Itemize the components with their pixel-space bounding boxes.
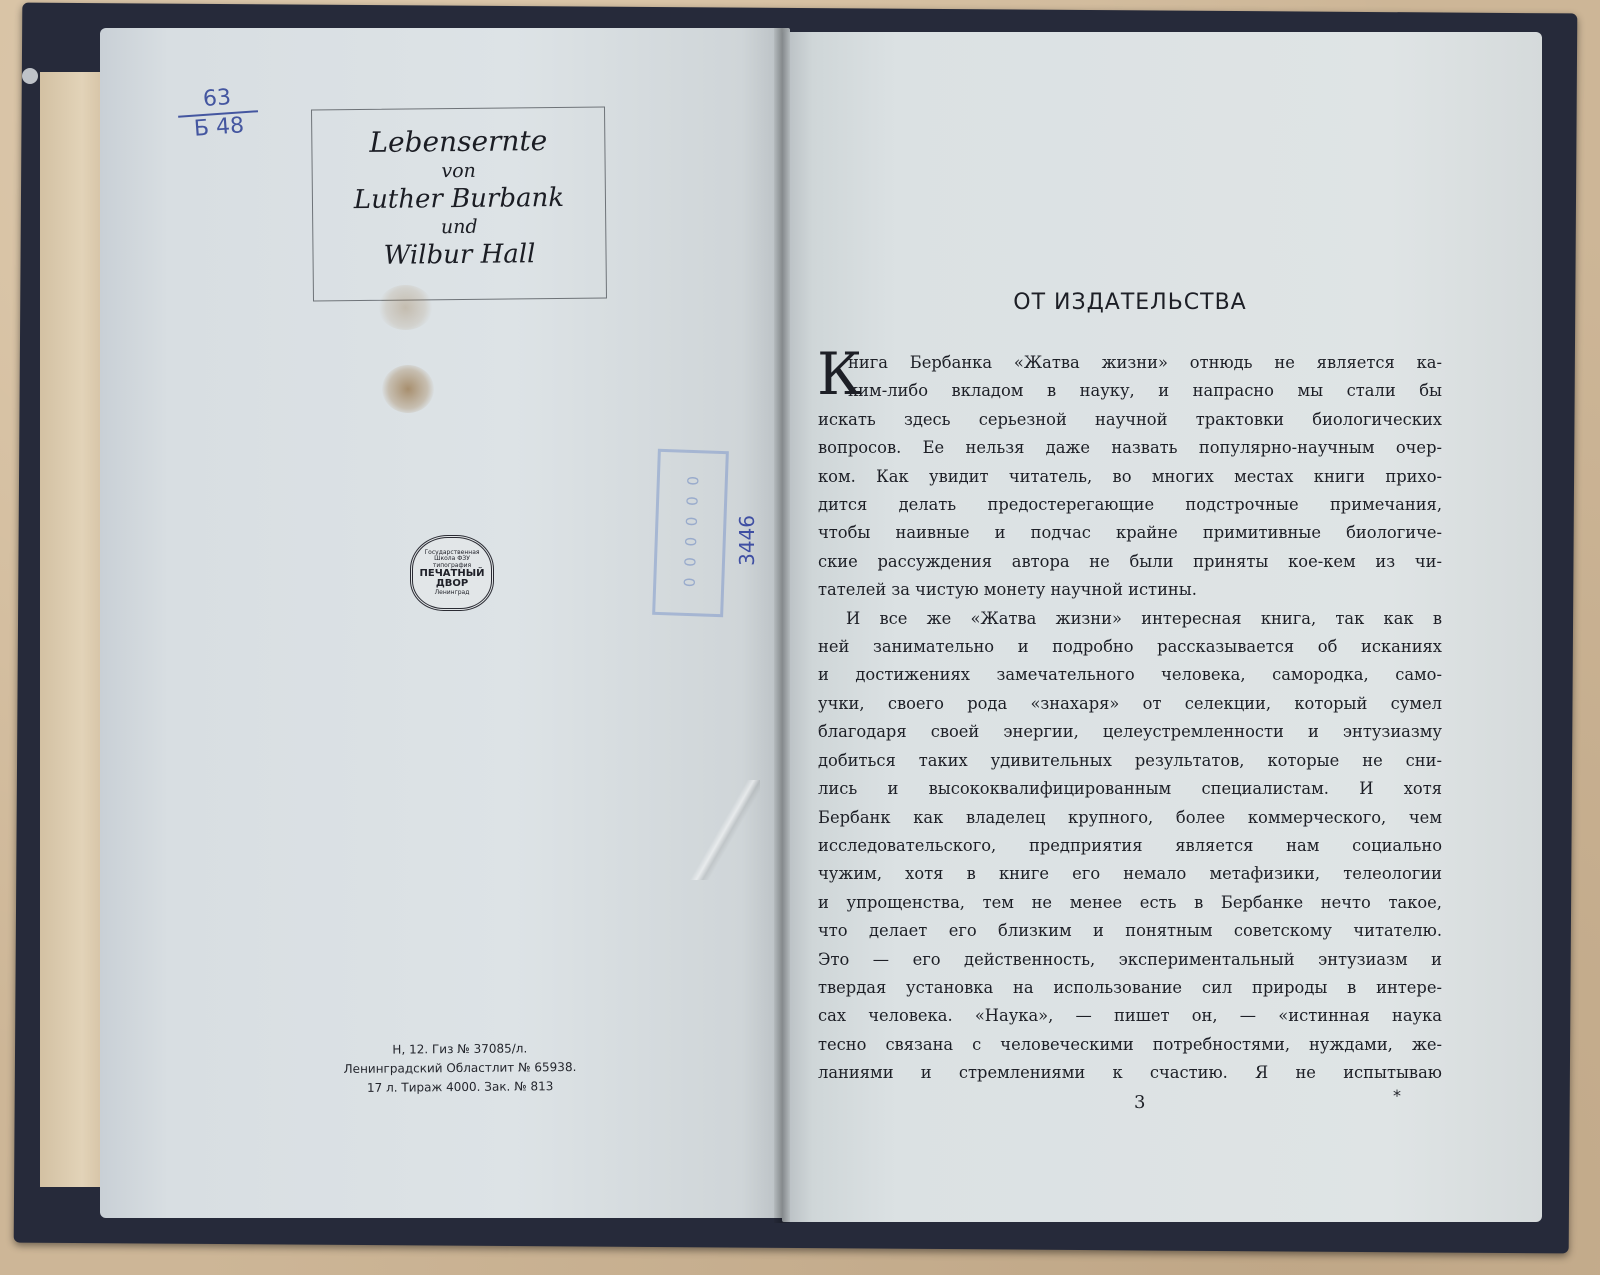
text-line: и достижениях замечательного человека, с… <box>818 661 1442 689</box>
original-title-box: Lebensernte von Luther Burbank und Wilbu… <box>311 106 607 301</box>
cover-corner-metal <box>22 68 38 84</box>
text-line: что делает его близким и понятным советс… <box>818 917 1442 945</box>
text-line: благодаря своей энергии, целеустремленно… <box>818 718 1442 746</box>
text-line: нига Бербанка «Жатва жизни» отнюдь не яв… <box>848 349 1442 377</box>
text-line: И все же «Жатва жизни» интересная книга,… <box>818 605 1442 633</box>
shelf-mark-bottom: Б 48 <box>193 113 245 141</box>
text-line: ней занимательно и подробно рассказывает… <box>818 633 1442 661</box>
imprint-line: 17 л. Тираж 4000. Зак. № 813 <box>335 1077 585 1098</box>
paper-stain <box>378 285 433 330</box>
text-line: ком. Как увидит читатель, во многих мест… <box>818 463 1442 491</box>
imprint-block: Н, 12. Гиз № 37085/л. Ленинградский Обла… <box>335 1039 585 1098</box>
imprint-line: Ленинградский Областлит № 65938. <box>335 1058 585 1079</box>
text-line: твердая установка на использование сил п… <box>818 974 1442 1002</box>
page-number: 3 <box>1134 1092 1145 1113</box>
chapter-heading: ОТ ИЗДАТЕЛЬСТВА <box>990 290 1270 315</box>
text-line: сах человека. «Наука», — пишет он, — «ис… <box>818 1002 1442 1030</box>
text-line: дится делать предостерегающие подстрочны… <box>818 491 1442 519</box>
imprint-line: Н, 12. Гиз № 37085/л. <box>335 1039 585 1060</box>
text-line: чужим, хотя в книге его немало метафизик… <box>818 860 1442 888</box>
text-line: вопросов. Ее нельзя даже назвать популяр… <box>818 434 1442 462</box>
text-line: добиться таких удивительных результатов,… <box>818 747 1442 775</box>
text-line: ланиями и стремлениями к счастию. Я не и… <box>818 1059 1442 1087</box>
paper-crease <box>690 780 760 880</box>
shelf-mark-top: 63 <box>176 83 258 118</box>
text-line: ские рассуждения автора не были приняты … <box>818 548 1442 576</box>
title-and: und <box>313 214 605 239</box>
text-line: лись и высококвалифицированным специалис… <box>818 775 1442 803</box>
text-line: Бербанк как владелец крупного, более ком… <box>818 804 1442 832</box>
text-line: Это — его действенность, экспериментальн… <box>818 946 1442 974</box>
text-line: исследовательского, предприятия является… <box>818 832 1442 860</box>
signature-asterisk: * <box>1393 1086 1401 1105</box>
title-by: von <box>313 158 605 183</box>
paper-stain <box>382 365 434 413</box>
text-line: тесно связана с человеческими потребност… <box>818 1031 1442 1059</box>
text-line: чтобы наивные и подчас крайне примитивны… <box>818 519 1442 547</box>
text-line: и упрощенства, тем не менее есть в Берба… <box>818 889 1442 917</box>
text-line: искать здесь серьезной научной трактовки… <box>818 406 1442 434</box>
book-gutter <box>774 28 790 1223</box>
original-title: Lebensernte <box>312 123 604 159</box>
text-line: ким-либо вкладом в науку, и напрасно мы … <box>848 377 1442 405</box>
handwritten-inventory-number: 3446 <box>735 515 759 566</box>
author-two: Wilbur Hall <box>313 238 605 271</box>
body-text: нига Бербанка «Жатва жизни» отнюдь не яв… <box>848 349 1442 1088</box>
handwritten-shelf-mark: 63 Б 48 <box>176 83 260 142</box>
library-stamp: 0 0 0 0 0 0 <box>652 449 729 617</box>
author-one: Luther Burbank <box>313 182 605 215</box>
printer-line-6: Ленинград <box>413 590 491 596</box>
printer-emblem: Государственная Школа ФЗУ типография ПЕЧ… <box>410 535 494 611</box>
text-line: учки, своего рода «знахаря» от селекции,… <box>818 690 1442 718</box>
text-line: тателей за чистую монету научной истины. <box>818 576 1442 604</box>
